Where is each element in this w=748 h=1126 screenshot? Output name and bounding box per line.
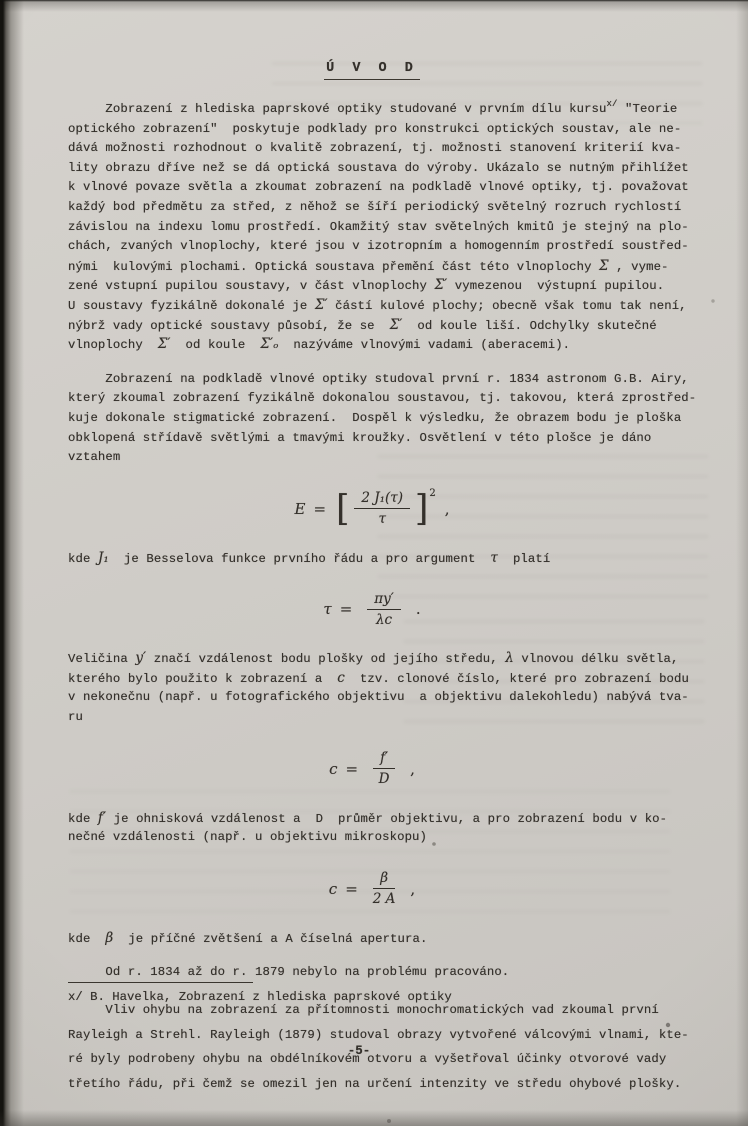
footnote: x/ B. Havelka, Zobrazení z hlediska papr… bbox=[68, 982, 452, 1004]
formula-stop-number-infinity: c=f′D, bbox=[68, 743, 676, 795]
paragraph-gap-years: Od r. 1834 až do r. 1879 nebylo na probl… bbox=[68, 963, 706, 983]
page-title: Ú V O D bbox=[324, 61, 420, 80]
text-line: nými kulovými plochami. Optická soustava… bbox=[68, 257, 706, 277]
paragraph-airy: Zobrazení na podkladě vlnové optiky stud… bbox=[68, 370, 706, 468]
document-body: Zobrazení z hlediska paprskové optiky st… bbox=[68, 100, 706, 1096]
text-line: třetího řádu, při čemž se omezil jen na … bbox=[68, 1072, 706, 1097]
text-line: k vlnové povaze světla a zkoumat zobraze… bbox=[68, 178, 706, 198]
paragraph-bessel: kde J₁ je Besselova funkce prvního řádu … bbox=[68, 549, 706, 569]
text-line: nýbrž vady optické soustavy působí, že s… bbox=[68, 316, 706, 336]
text-line: dává možnosti rozhodnout o kvalitě zobra… bbox=[68, 139, 706, 159]
text-line: vlnoplochy Σ′ od koule Σ′ₒ nazýváme vlno… bbox=[68, 335, 706, 355]
formula-airy-intensity: E=[2 J₁(τ)τ]2, bbox=[68, 483, 676, 535]
scan-edge-left bbox=[0, 0, 24, 1126]
text-line: ru bbox=[68, 708, 706, 728]
paragraph-ray-optics: Zobrazení z hlediska paprskové optiky st… bbox=[68, 100, 706, 355]
title-wrap: Ú V O D bbox=[68, 58, 676, 76]
text-line: Veličina y′ značí vzdálenost bodu plošky… bbox=[68, 649, 706, 669]
formula-tau: τ=πy′λc. bbox=[68, 583, 676, 635]
text-line: každý bod předmětu za střed, z něhož se … bbox=[68, 198, 706, 218]
text-line: U soustavy fyzikálně dokonalé je Σ′ část… bbox=[68, 296, 706, 316]
text-line: kde J₁ je Besselova funkce prvního řádu … bbox=[68, 549, 706, 569]
text-line: vztahem bbox=[68, 448, 706, 468]
footnote-citation: B. Havelka, Zobrazení z hlediska paprsko… bbox=[83, 990, 452, 1004]
text-line: Od r. 1834 až do r. 1879 nebylo na probl… bbox=[68, 963, 706, 983]
text-line: lity obrazu dříve než se dá optická sous… bbox=[68, 159, 706, 179]
footnote-rule bbox=[68, 982, 253, 983]
text-line: závislou na indexu lomu prostředí. Okamž… bbox=[68, 218, 706, 238]
scanned-page: Ú V O D Zobrazení z hlediska paprskové o… bbox=[0, 0, 748, 1126]
text-line: zené vstupní pupilou soustavy, v část vl… bbox=[68, 276, 706, 296]
text-line: obklopená střídavě světlými a tmavými kr… bbox=[68, 429, 706, 449]
paragraph-quantities: Veličina y′ značí vzdálenost bodu plošky… bbox=[68, 649, 706, 727]
text-line: kde β je příčné zvětšení a A číselná ape… bbox=[68, 929, 706, 949]
text-line: Zobrazení z hlediska paprskové optiky st… bbox=[68, 100, 706, 120]
text-line: kterého bylo použito k zobrazení a c tzv… bbox=[68, 669, 706, 689]
text-line: nečné vzdálenosti (např. u objektivu mik… bbox=[68, 828, 706, 848]
formula-stop-number-finite: c=β2 A, bbox=[68, 863, 676, 915]
footnote-marker: x/ bbox=[68, 990, 83, 1004]
page-content: Ú V O D Zobrazení z hlediska paprskové o… bbox=[68, 58, 706, 1111]
text-line: kuje dokonale stigmatické zobrazení. Dos… bbox=[68, 409, 706, 429]
footnote-text: x/ B. Havelka, Zobrazení z hlediska papr… bbox=[68, 990, 452, 1004]
text-line: Zobrazení na podkladě vlnové optiky stud… bbox=[68, 370, 706, 390]
text-line: optického zobrazení" poskytuje podklady … bbox=[68, 120, 706, 140]
page-number: -5- bbox=[0, 1044, 718, 1058]
scan-edge-top bbox=[0, 0, 748, 12]
paragraph-magnification: kde β je příčné zvětšení a A číselná ape… bbox=[68, 929, 706, 949]
scan-edge-bottom bbox=[0, 1110, 748, 1126]
text-line: chách, zvaných vlnoplochy, které jsou v … bbox=[68, 237, 706, 257]
text-line: který zkoumal zobrazení fyzikálně dokona… bbox=[68, 389, 706, 409]
text-line: v nekonečnu (např. u fotografického obje… bbox=[68, 688, 706, 708]
text-line: kde f′ je ohnisková vzdálenost a D průmě… bbox=[68, 809, 706, 829]
paragraph-focal: kde f′ je ohnisková vzdálenost a D průmě… bbox=[68, 809, 706, 848]
scan-edge-right bbox=[736, 0, 748, 1126]
